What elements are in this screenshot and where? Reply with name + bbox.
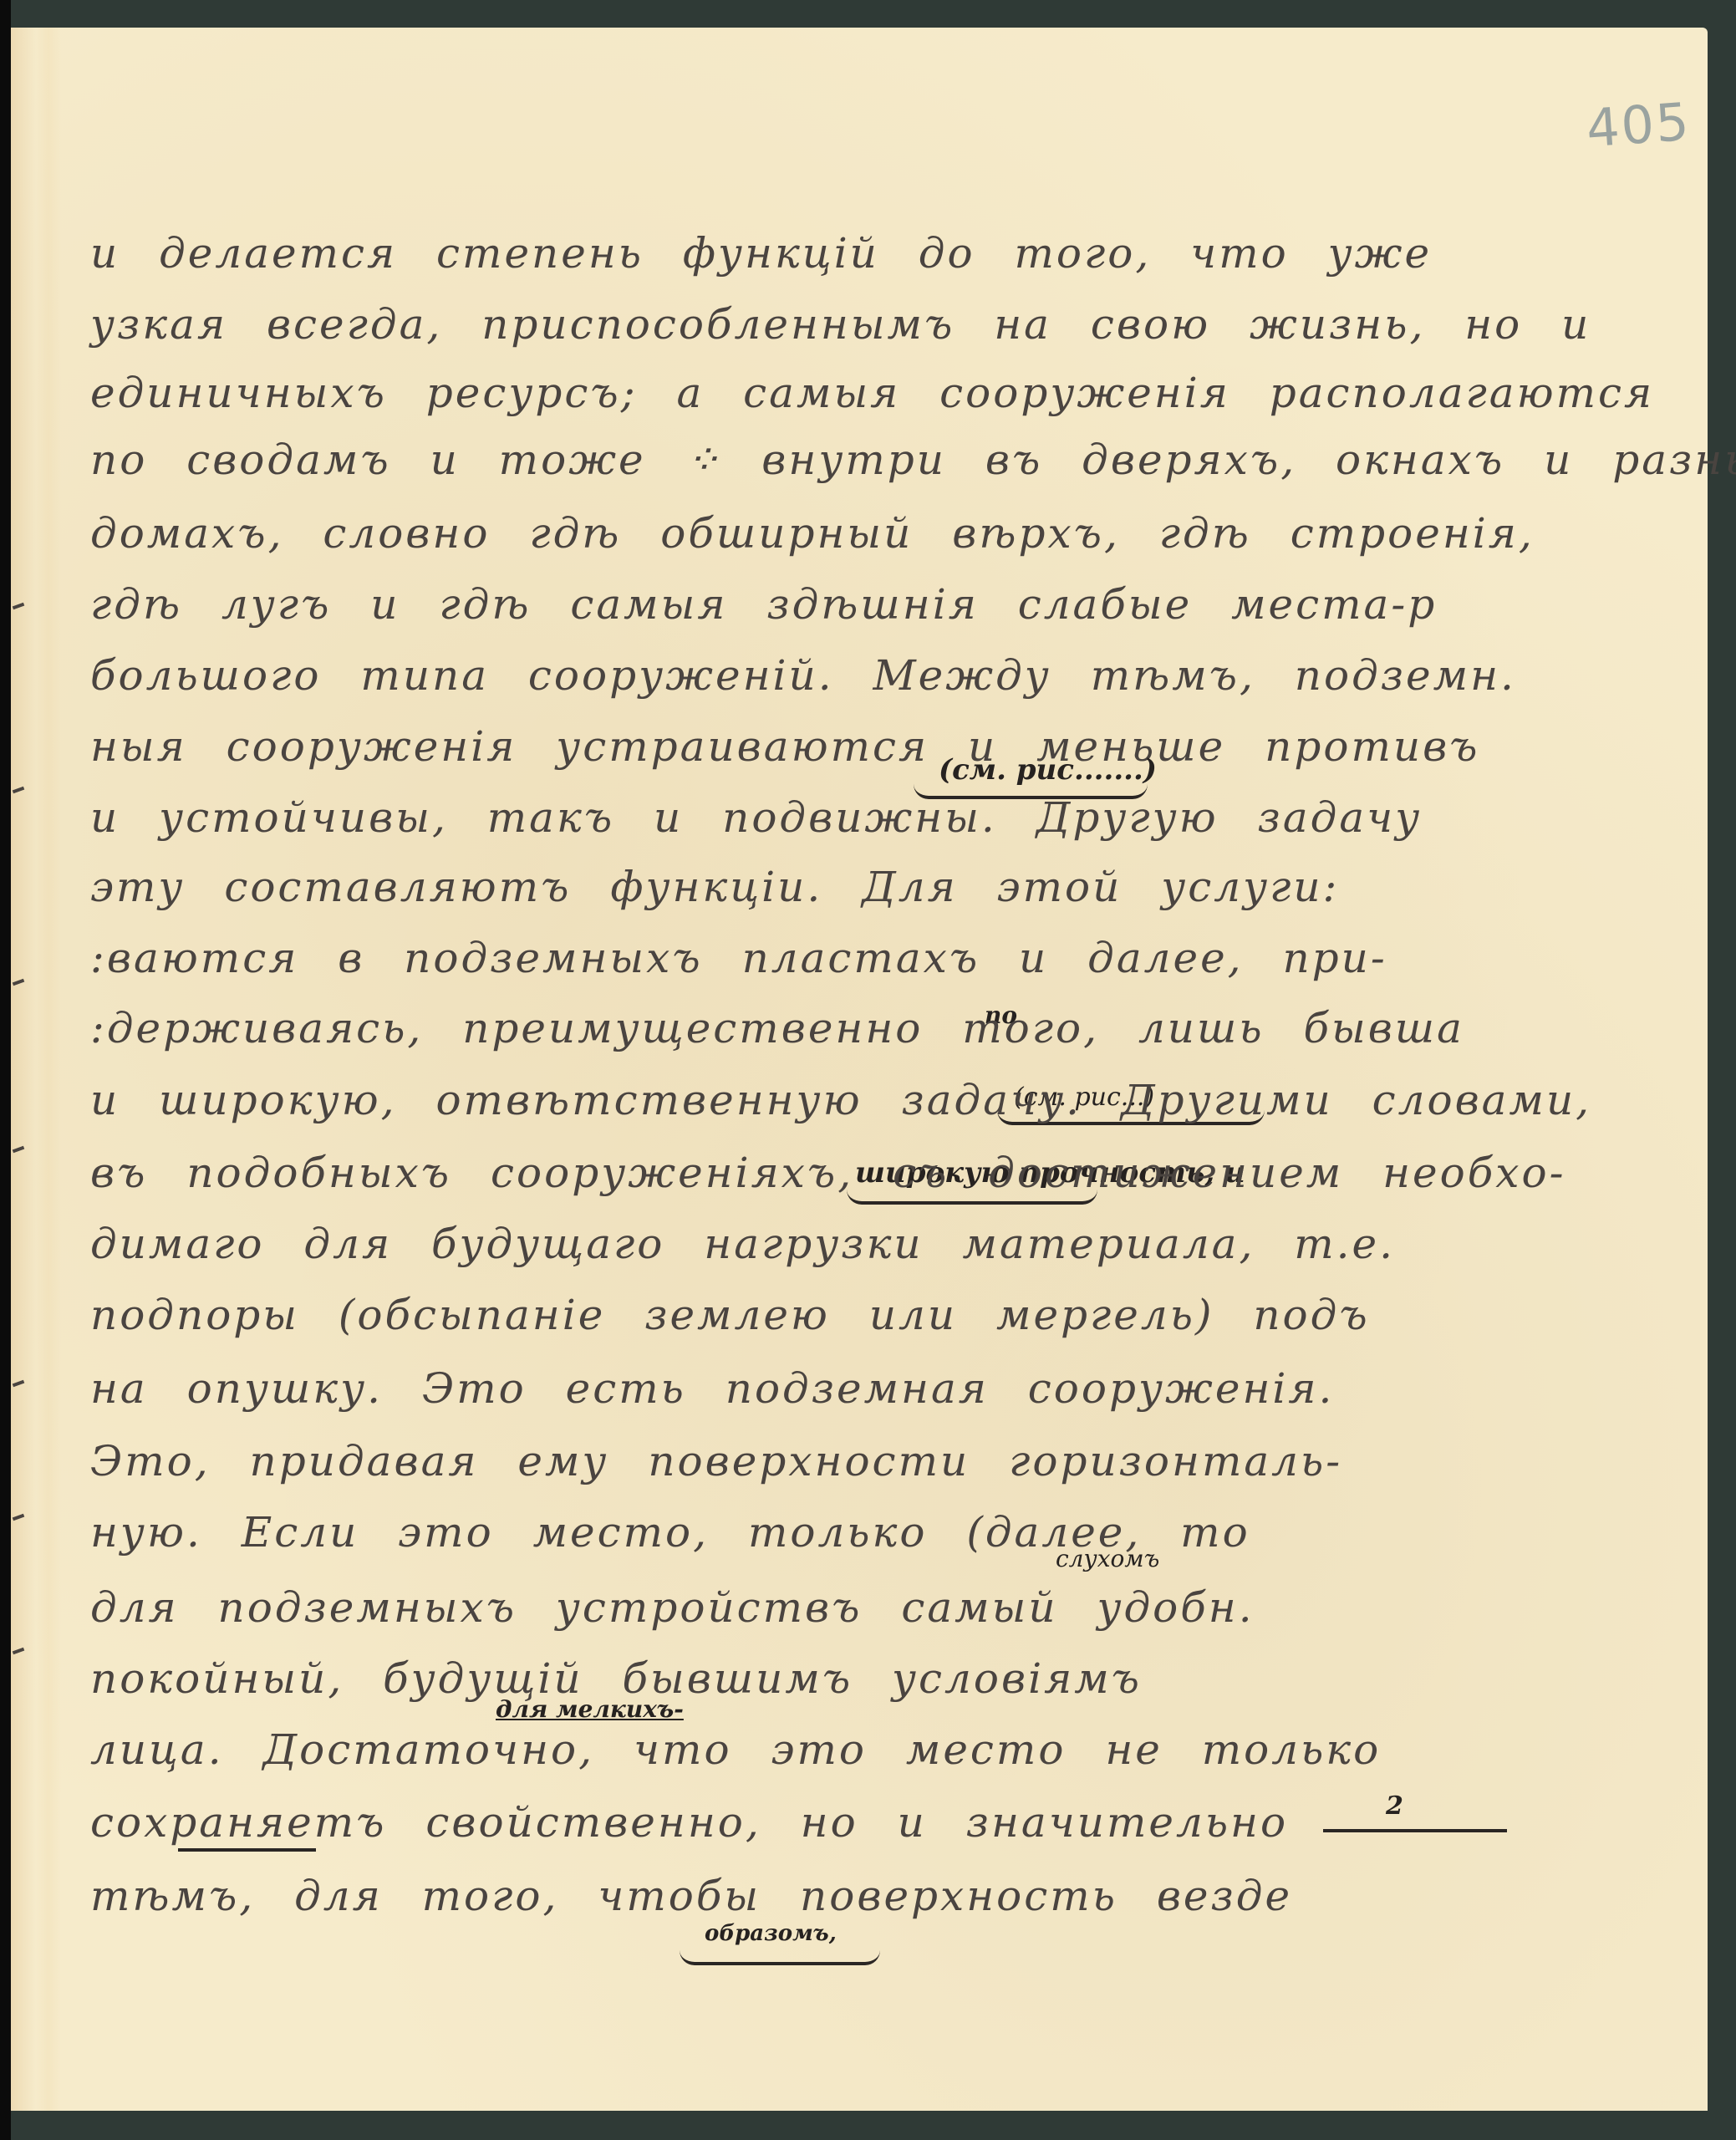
text-line: эту составляютъ функцiи. Для этой услуги… <box>90 866 1703 908</box>
margin-mark <box>13 1380 25 1388</box>
text-line: сохраняетъ свойственно, но и значительно <box>90 1801 1703 1843</box>
text-line: для подземныхъ устройствъ самый удобн. <box>90 1587 1703 1628</box>
margin-mark <box>13 787 25 794</box>
text-line: узкая всегда, приспособленнымъ на свою ж… <box>90 303 1703 345</box>
insertion-brace <box>680 1950 880 1965</box>
text-line: по сводамъ и тоже ⁘ внутри въ дверяхъ, о… <box>90 439 1703 481</box>
text-line: единичныхъ ресурсъ; а самыя сооруженiя р… <box>90 372 1703 414</box>
page-number: 405 <box>1585 91 1693 159</box>
margin-mark <box>13 979 25 986</box>
text-line: лица. Достаточно, что это место не тольк… <box>90 1729 1703 1771</box>
text-line: въ подобныхъ сооруженiяхъ, съ достижение… <box>90 1152 1703 1194</box>
text-line: и устойчивы, такъ и подвижны. Другую зад… <box>90 797 1703 838</box>
text-line: и широкую, отвѣтственную задачу. Другими… <box>90 1079 1703 1121</box>
manuscript-page: 405 и делается степень функцiй до того, … <box>11 28 1708 2111</box>
insertion-note: образомъ, <box>705 1921 837 1946</box>
binding-edge <box>0 0 11 2140</box>
text-line: большого типа сооруженiй. Между тѣмъ, по… <box>90 655 1703 696</box>
text-line: тѣмъ, для того, чтобы поверхность везде <box>90 1875 1703 1917</box>
text-line: и делается степень функцiй до того, что … <box>90 232 1703 274</box>
text-line: подпоры (обсыпанiе землею или мергель) п… <box>90 1294 1703 1336</box>
text-line: домахъ, словно гдѣ обширный вѣрхъ, гдѣ с… <box>90 512 1703 554</box>
text-line: :держиваясь, преимущественно того, лишь … <box>90 1007 1703 1049</box>
margin-mark <box>13 603 25 610</box>
text-line: покойный, будущiй бывшимъ условiямъ <box>90 1658 1703 1699</box>
text-line: на опушку. Это есть подземная сооруженiя… <box>90 1368 1703 1409</box>
margin-mark <box>13 1648 25 1655</box>
insertion-note: (см. рис.......) <box>939 753 1157 787</box>
margin-mark <box>13 1514 25 1521</box>
text-line: ную. Если это место, только (далее, то <box>90 1511 1703 1553</box>
margin-mark <box>13 1146 25 1154</box>
text-line: ныя сооруженiя устраиваются и меньше про… <box>90 726 1703 767</box>
text-line: гдѣ лугъ и гдѣ самыя здѣшнiя слабые мест… <box>90 583 1703 625</box>
insertion-mark <box>178 1848 316 1852</box>
text-line: димаго для будущаго нагрузки материала, … <box>90 1223 1703 1265</box>
text-line: Это, придавая ему поверхности горизонтал… <box>90 1440 1703 1482</box>
text-line: :ваются в подземныхъ пластахъ и далее, п… <box>90 937 1703 979</box>
